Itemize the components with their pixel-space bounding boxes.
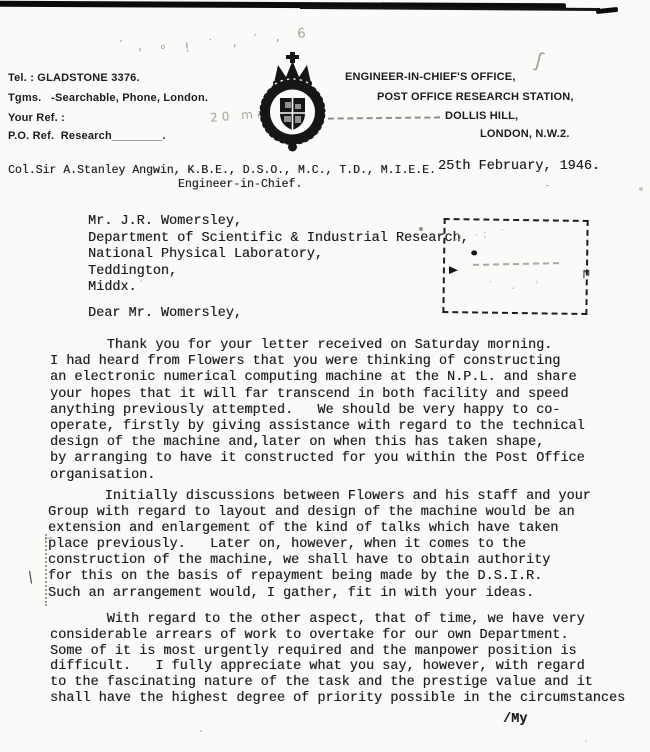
letter-date: 25th February, 1946. (438, 159, 600, 174)
royal-coat-of-arms-icon (252, 52, 334, 154)
body-paragraph-1: Thank you for your letter received on Sa… (50, 338, 585, 484)
sender-name-line: Col.Sir A.Stanley Angwin, K.B.E., D.S.O.… (8, 164, 436, 177)
letterhead-office-line-4: LONDON, N.W.2. (480, 128, 570, 140)
letterhead-your-ref: Your Ref. : (8, 112, 65, 124)
scan-edge-dash (596, 7, 618, 14)
letterhead-office-line-1: ENGINEER-IN-CHIEF'S OFFICE, (345, 71, 516, 83)
letterhead-po-ref: P.O. Ref. Research________. (8, 130, 166, 142)
letterhead-office-line-3: DOLLIS HILL, (445, 110, 518, 122)
letterhead-telegrams: Tgms. -Searchable, Phone, London. (8, 92, 208, 104)
stamp-faded-dash (473, 262, 559, 266)
letterhead-office-line-2: POST OFFICE RESEARCH STATION, (377, 91, 574, 103)
pencil-squiggle-mark: ʃ (533, 48, 545, 73)
recipient-address-block: Mr. J.R. Womersley, Department of Scient… (88, 214, 469, 297)
body-paragraph-3: With regard to the other aspect, that of… (50, 612, 625, 707)
page-continuation-ref: /My (503, 712, 527, 727)
crossed-out-address-line (328, 116, 440, 119)
salutation: Dear Mr. Womersley, (88, 306, 242, 321)
scan-noise-specks (120, 40, 122, 42)
stamp-faded-text-2: · ¸ ˈ (488, 277, 546, 292)
stamp-ink-dot (471, 250, 477, 255)
letterhead-telephone: Tel. : GLADSTONE 3376. (8, 72, 140, 84)
pencil-squiggle-mark-2: ˊ (536, 182, 551, 198)
sender-title-line: Engineer-in-Chief. (178, 178, 302, 191)
stamp-ink-blob (449, 266, 458, 274)
body-paragraph-2: Initially discussions between Flowers an… (48, 489, 591, 602)
stamp-faded-text: ɔ ·∶ ˙ (455, 227, 511, 243)
margin-bracket-mark: ⌐ (44, 532, 53, 545)
margin-backslash-mark: \ (27, 568, 35, 587)
stamp-edge-mark: ϻ (583, 266, 590, 279)
faded-receipt-stamp: ɔ ·∶ ˙ · ¸ ˈ ϻ (442, 218, 588, 315)
